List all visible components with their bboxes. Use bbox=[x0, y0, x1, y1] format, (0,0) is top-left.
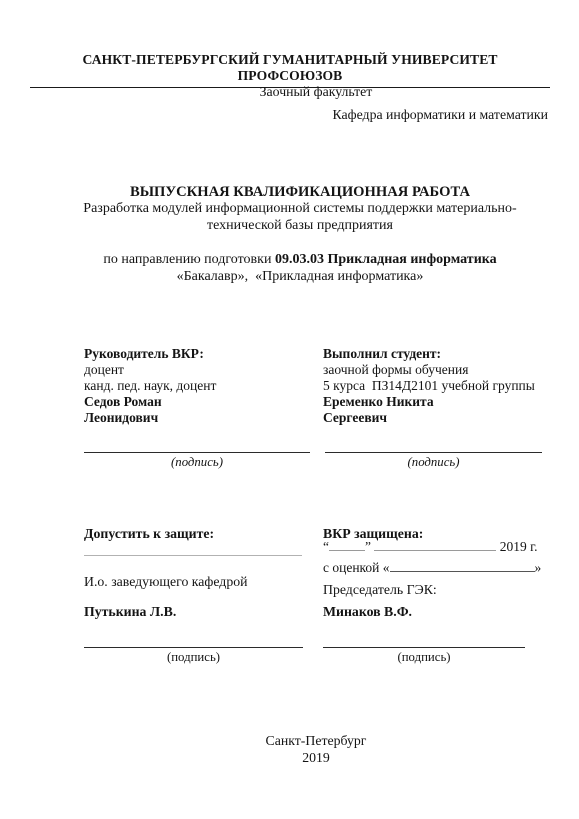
date-month-blank bbox=[374, 539, 496, 551]
supervisor-block: Руководитель ВКР: доцент канд. пед. наук… bbox=[84, 346, 319, 426]
supervisor-position: доцент bbox=[84, 362, 319, 378]
date-close-quote: ” bbox=[365, 539, 371, 554]
footer-city: Санкт-Петербург bbox=[0, 733, 579, 750]
thesis-topic-line1: Разработка модулей информационной систем… bbox=[40, 201, 560, 218]
chairman-label: Председатель ГЭК: bbox=[323, 582, 437, 598]
thesis-title-page: САНКТ-ПЕТЕРБУРГСКИЙ ГУМАНИТАРНЫЙ УНИВЕРС… bbox=[0, 0, 579, 819]
supervisor-degree: канд. пед. наук, доцент bbox=[84, 378, 319, 394]
supervisor-name-line2: Леонидович bbox=[84, 410, 319, 426]
admission-signature-caption: (подпись) bbox=[167, 650, 220, 664]
supervisor-name-line1: Седов Роман bbox=[84, 394, 319, 410]
program-code: 09.03.03 Прикладная информатика bbox=[275, 252, 497, 267]
admission-name: Путькина Л.В. bbox=[84, 604, 176, 620]
supervisor-heading: Руководитель ВКР: bbox=[84, 346, 319, 362]
student-group: 5 курса ПЗ14Д2101 учебной группы bbox=[323, 378, 563, 394]
program-prefix: по направлению подготовки bbox=[103, 252, 271, 267]
supervisor-signature-line: (подпись) bbox=[84, 452, 310, 470]
university-header: САНКТ-ПЕТЕРБУРГСКИЙ ГУМАНИТАРНЫЙ УНИВЕРС… bbox=[30, 52, 550, 88]
department-name: Кафедра информатики и математики bbox=[0, 107, 548, 123]
university-name: САНКТ-ПЕТЕРБУРГСКИЙ ГУМАНИТАРНЫЙ УНИВЕРС… bbox=[30, 52, 550, 88]
admission-signature-line: (подпись) bbox=[84, 647, 303, 665]
grade-suffix: » bbox=[535, 560, 542, 575]
defense-date-row: “” 2019 г. bbox=[323, 539, 555, 555]
admission-heading: Допустить к защите: bbox=[84, 526, 214, 542]
date-day-blank bbox=[329, 539, 365, 551]
chairman-name: Минаков В.Ф. bbox=[323, 604, 412, 620]
student-study-form: заочной формы обучения bbox=[323, 362, 563, 378]
student-signature-line: (подпись) bbox=[325, 452, 542, 470]
program-line: по направлению подготовки 09.03.03 Прикл… bbox=[40, 252, 560, 269]
chairman-signature-caption: (подпись) bbox=[397, 650, 450, 664]
admission-role: И.о. заведующего кафедрой bbox=[84, 574, 248, 590]
supervisor-signature-caption: (подпись) bbox=[171, 455, 223, 469]
student-name-line2: Сергеевич bbox=[323, 410, 563, 426]
student-block: Выполнил студент: заочной формы обучения… bbox=[323, 346, 563, 426]
student-signature-caption: (подпись) bbox=[408, 455, 460, 469]
grade-blank bbox=[390, 560, 535, 572]
chairman-signature-line: (подпись) bbox=[323, 647, 525, 665]
thesis-topic-line2: технической базы предприятия bbox=[40, 218, 560, 235]
footer-year: 2019 bbox=[0, 750, 579, 767]
work-type-heading: ВЫПУСКНАЯ КВАЛИФИКАЦИОННАЯ РАБОТА bbox=[40, 184, 560, 201]
student-heading: Выполнил студент: bbox=[323, 346, 563, 362]
defense-year: 2019 г. bbox=[500, 539, 538, 554]
footer: Санкт-Петербург 2019 bbox=[0, 733, 579, 766]
student-name-line1: Еременко Никита bbox=[323, 394, 563, 410]
faculty-name: Заочный факультет bbox=[0, 84, 579, 100]
grade-prefix: с оценкой « bbox=[323, 560, 390, 575]
qualification-line: «Бакалавр», «Прикладная информатика» bbox=[40, 269, 560, 286]
admission-blank-line bbox=[84, 555, 302, 556]
defense-grade-row: с оценкой «» bbox=[323, 560, 555, 576]
title-block: ВЫПУСКНАЯ КВАЛИФИКАЦИОННАЯ РАБОТА Разраб… bbox=[40, 184, 560, 234]
program-block: по направлению подготовки 09.03.03 Прикл… bbox=[40, 252, 560, 286]
